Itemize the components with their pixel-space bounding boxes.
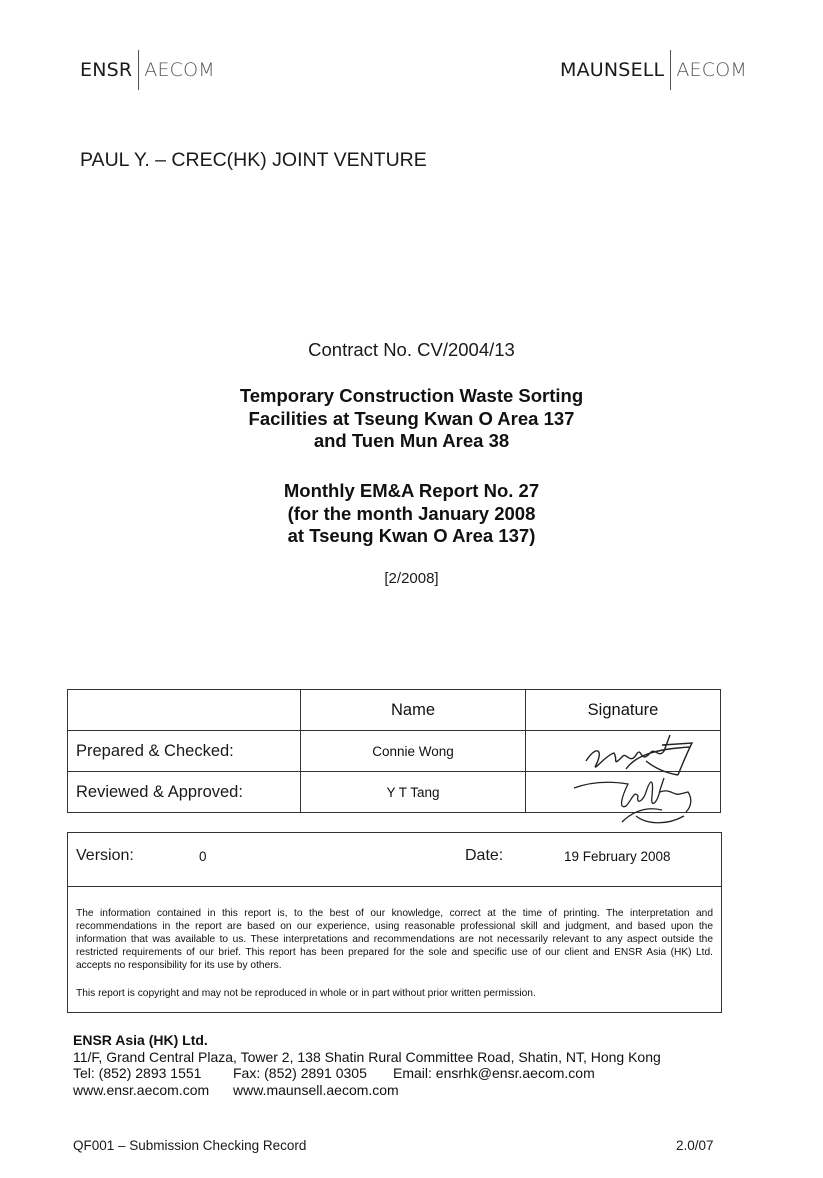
client-name: PAUL Y. – CREC(HK) JOINT VENTURE	[80, 149, 427, 172]
logo-divider	[138, 50, 139, 90]
form-version: 2.0/07	[676, 1138, 714, 1153]
version-value: 0	[199, 849, 207, 864]
website-link[interactable]: www.maunsell.aecom.com	[233, 1082, 399, 1099]
copyright-text: This report is copyright and may not be …	[76, 987, 713, 1000]
name-cell: Connie Wong	[301, 731, 526, 772]
version-box: Version: 0 Date: 19 February 2008	[67, 832, 722, 887]
email-link[interactable]: Email: ensrhk@ensr.aecom.com	[393, 1065, 595, 1082]
report-title-line: (for the month January 2008	[0, 503, 823, 526]
company-address: 11/F, Grand Central Plaza, Tower 2, 138 …	[73, 1049, 661, 1066]
table-row: Reviewed & Approved: Y T Tang	[68, 772, 721, 813]
logo-divider	[670, 50, 671, 90]
report-title-line: at Tseung Kwan O Area 137)	[0, 525, 823, 548]
web-row: www.ensr.aecom.comwww.maunsell.aecom.com	[73, 1082, 661, 1099]
project-title: Temporary Construction Waste Sorting Fac…	[0, 385, 823, 453]
maunsell-aecom-logo: MAUNSELL AECOM	[560, 50, 747, 90]
logo-secondary: AECOM	[144, 59, 215, 81]
logo-primary: MAUNSELL	[560, 59, 664, 81]
date-value: 19 February 2008	[564, 849, 671, 864]
contract-number: Contract No. CV/2004/13	[0, 339, 823, 361]
fax: Fax: (852) 2891 0305	[233, 1065, 393, 1082]
project-title-line: Temporary Construction Waste Sorting	[0, 385, 823, 408]
report-reference: [2/2008]	[0, 570, 823, 587]
ensr-aecom-logo: ENSR AECOM	[80, 50, 215, 90]
project-title-line: Facilities at Tseung Kwan O Area 137	[0, 408, 823, 431]
disclaimer-text: The information contained in this report…	[76, 907, 713, 972]
role-cell: Prepared & Checked:	[68, 731, 301, 772]
report-title-line: Monthly EM&A Report No. 27	[0, 480, 823, 503]
version-label: Version:	[76, 847, 134, 865]
report-title: Monthly EM&A Report No. 27 (for the mont…	[0, 480, 823, 548]
company-name: ENSR Asia (HK) Ltd.	[73, 1032, 661, 1049]
website-link[interactable]: www.ensr.aecom.com	[73, 1082, 233, 1099]
signoff-table: Name Signature Prepared & Checked: Conni…	[67, 689, 721, 813]
header-cell-name: Name	[301, 690, 526, 731]
signature-cell	[526, 772, 721, 813]
signature-icon	[566, 766, 706, 826]
name-cell: Y T Tang	[301, 772, 526, 813]
role-cell: Reviewed & Approved:	[68, 772, 301, 813]
logo-primary: ENSR	[80, 59, 132, 81]
contact-row: Tel: (852) 2893 1551Fax: (852) 2891 0305…	[73, 1065, 661, 1082]
contact-block: ENSR Asia (HK) Ltd. 11/F, Grand Central …	[73, 1032, 661, 1098]
telephone: Tel: (852) 2893 1551	[73, 1065, 233, 1082]
logo-secondary: AECOM	[676, 59, 747, 81]
form-reference: QF001 – Submission Checking Record	[73, 1138, 306, 1153]
date-label: Date:	[465, 847, 503, 865]
project-title-line: and Tuen Mun Area 38	[0, 430, 823, 453]
header-cell-role	[68, 690, 301, 731]
disclaimer-box: The information contained in this report…	[67, 886, 722, 1013]
